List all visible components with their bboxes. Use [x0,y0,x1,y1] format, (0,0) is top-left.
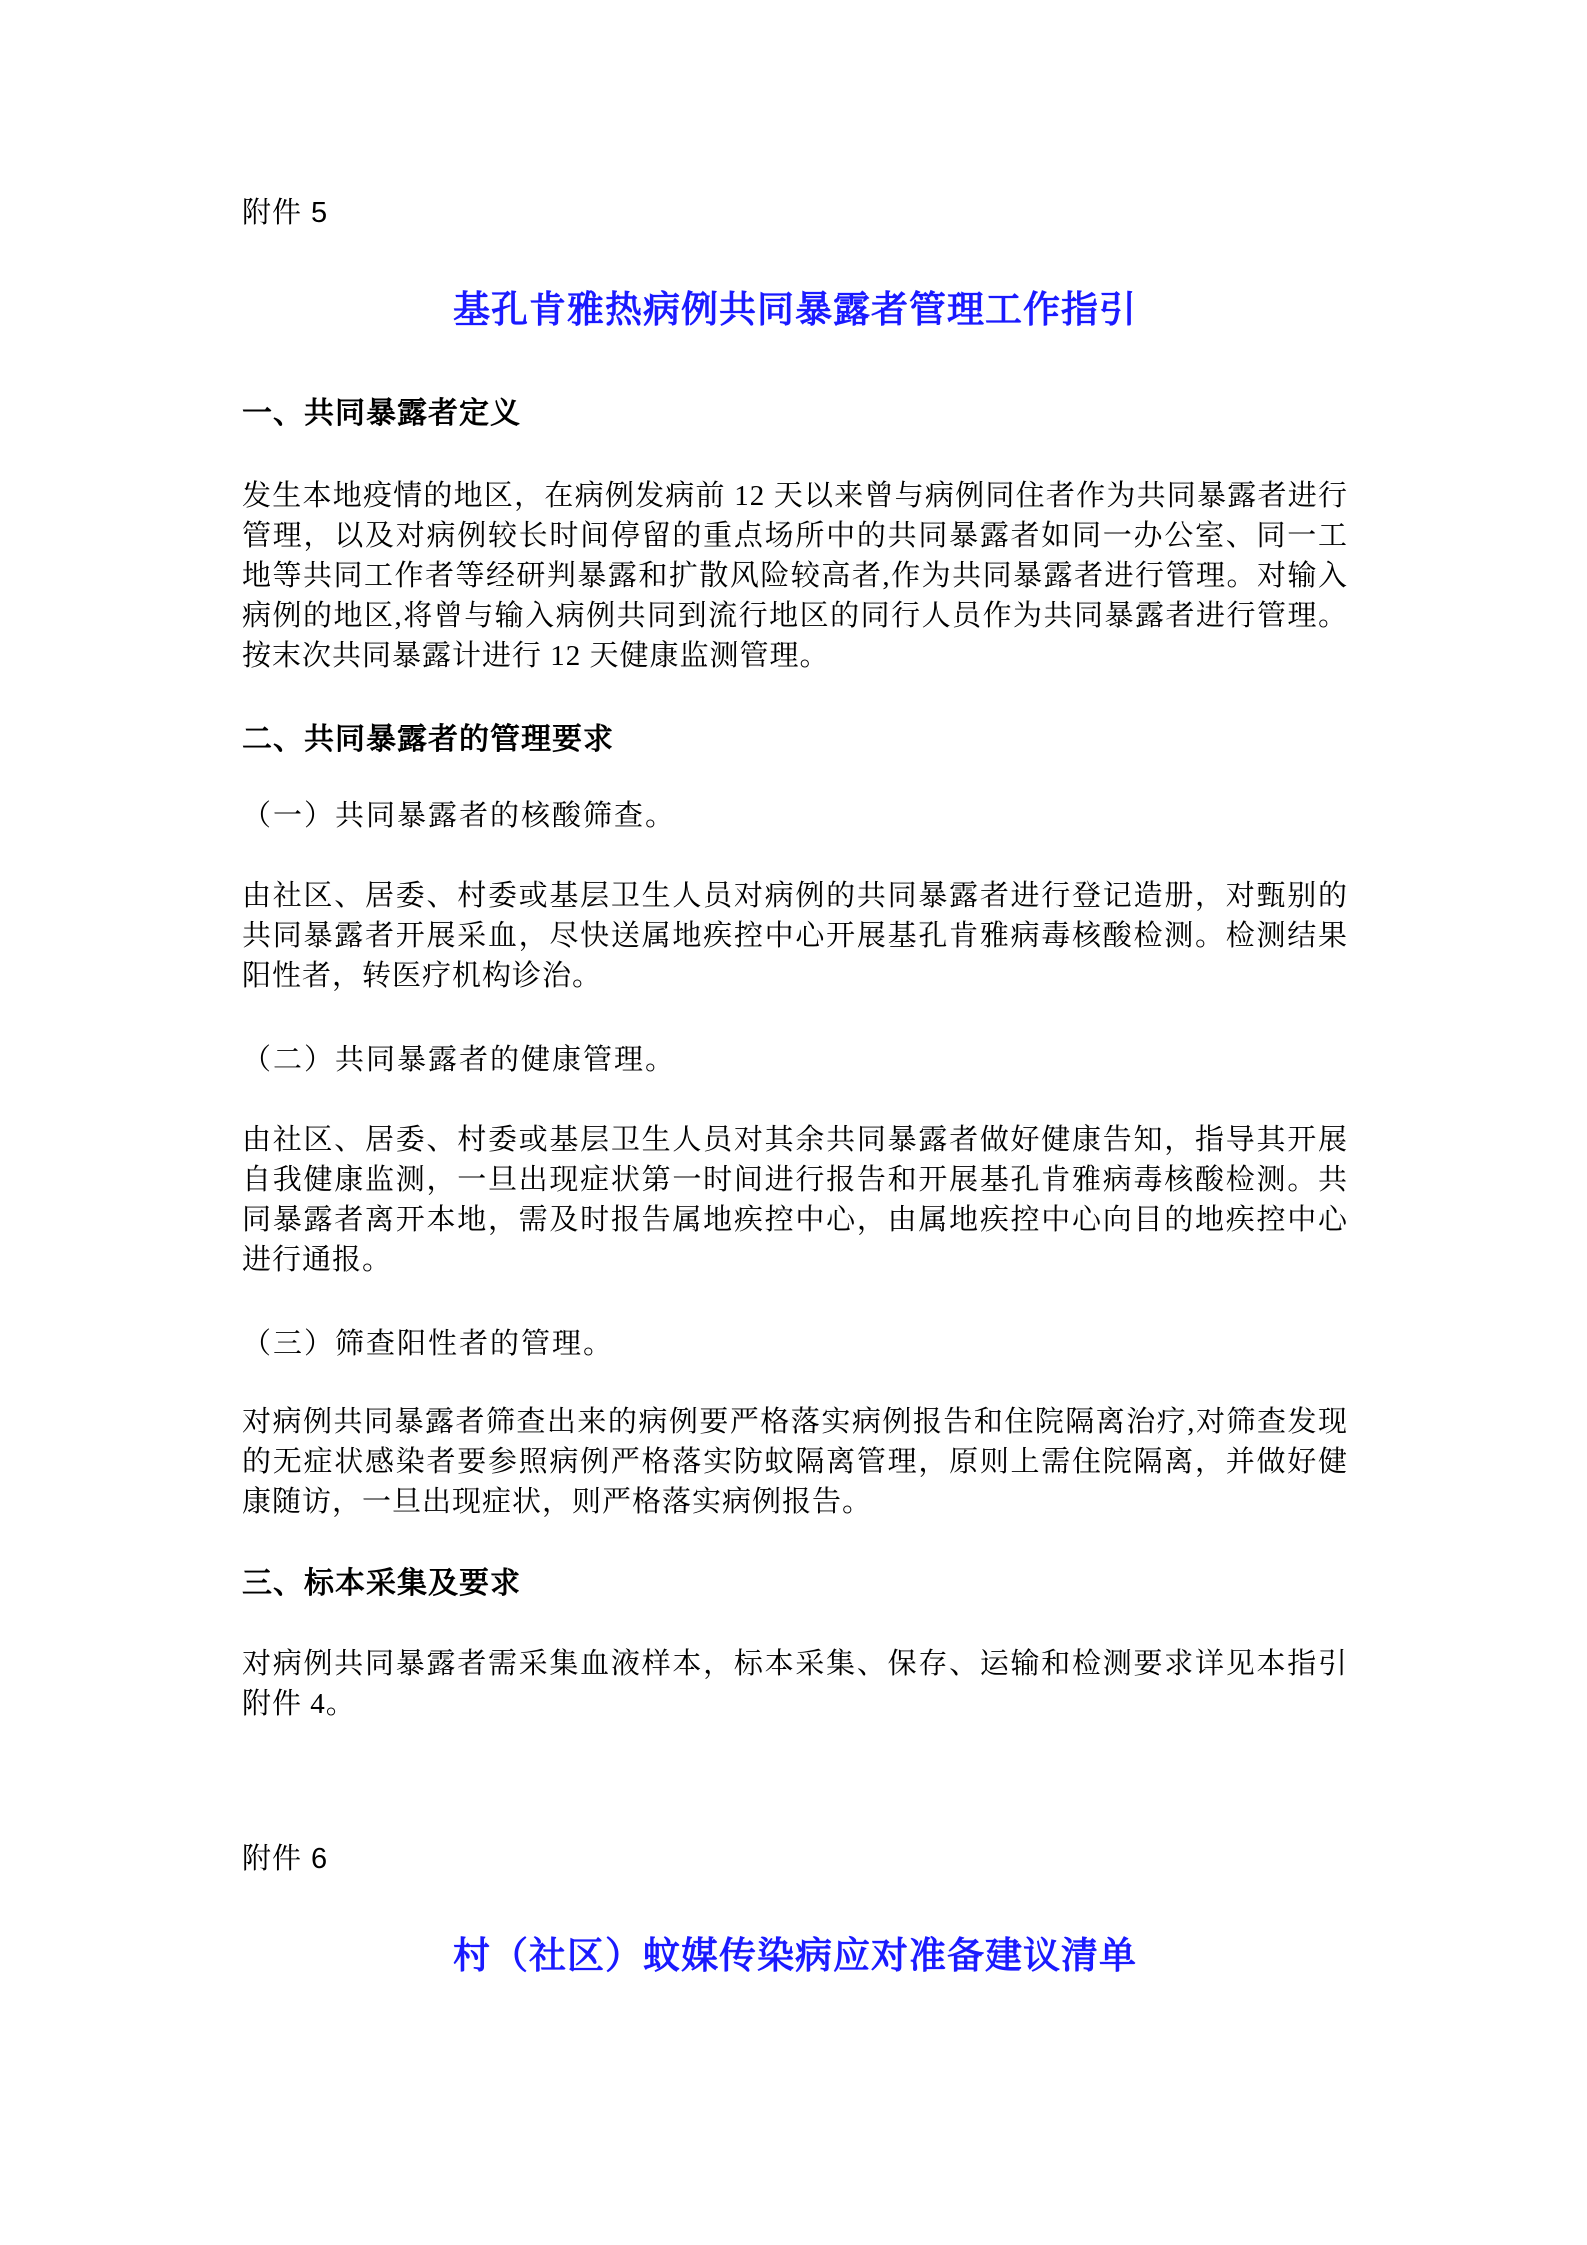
section-3-paragraph: 对病例共同暴露者需采集血液样本，标本采集、保存、运输和检测要求详见本指引附件 4… [242,1644,1348,1724]
attachment-6-label: 附件 6 [242,1842,1348,1876]
section-1-paragraph: 发生本地疫情的地区，在病例发病前 12 天以来曾与病例同住者作为共同暴露者进行管… [242,476,1348,676]
section-2-sub-2-heading: （二）共同暴露者的健康管理。 [242,1042,1348,1078]
section-2-sub-3-heading: （三）筛查阳性者的管理。 [242,1326,1348,1362]
attachment-5-title: 基孔肯雅热病例共同暴露者管理工作指引 [242,288,1348,334]
section-2-sub-1-heading: （一）共同暴露者的核酸筛查。 [242,798,1348,834]
section-3-heading: 三、标本采集及要求 [242,1566,1348,1602]
section-2-sub-3-paragraph: 对病例共同暴露者筛查出来的病例要严格落实病例报告和住院隔离治疗,对筛查发现的无症… [242,1402,1348,1522]
section-1-heading: 一、共同暴露者定义 [242,396,1348,432]
document-content: 附件 5 基孔肯雅热病例共同暴露者管理工作指引 一、共同暴露者定义 发生本地疫情… [242,0,1348,1980]
document-page: 附件 5 基孔肯雅热病例共同暴露者管理工作指引 一、共同暴露者定义 发生本地疫情… [0,0,1587,2245]
attachment-6-title: 村（社区）蚊媒传染病应对准备建议清单 [242,1934,1348,1980]
section-2-heading: 二、共同暴露者的管理要求 [242,722,1348,758]
section-2-sub-1-paragraph: 由社区、居委、村委或基层卫生人员对病例的共同暴露者进行登记造册，对甄别的共同暴露… [242,876,1348,996]
section-2-sub-2-paragraph: 由社区、居委、村委或基层卫生人员对其余共同暴露者做好健康告知，指导其开展自我健康… [242,1120,1348,1280]
attachment-5-label: 附件 5 [242,196,1348,230]
